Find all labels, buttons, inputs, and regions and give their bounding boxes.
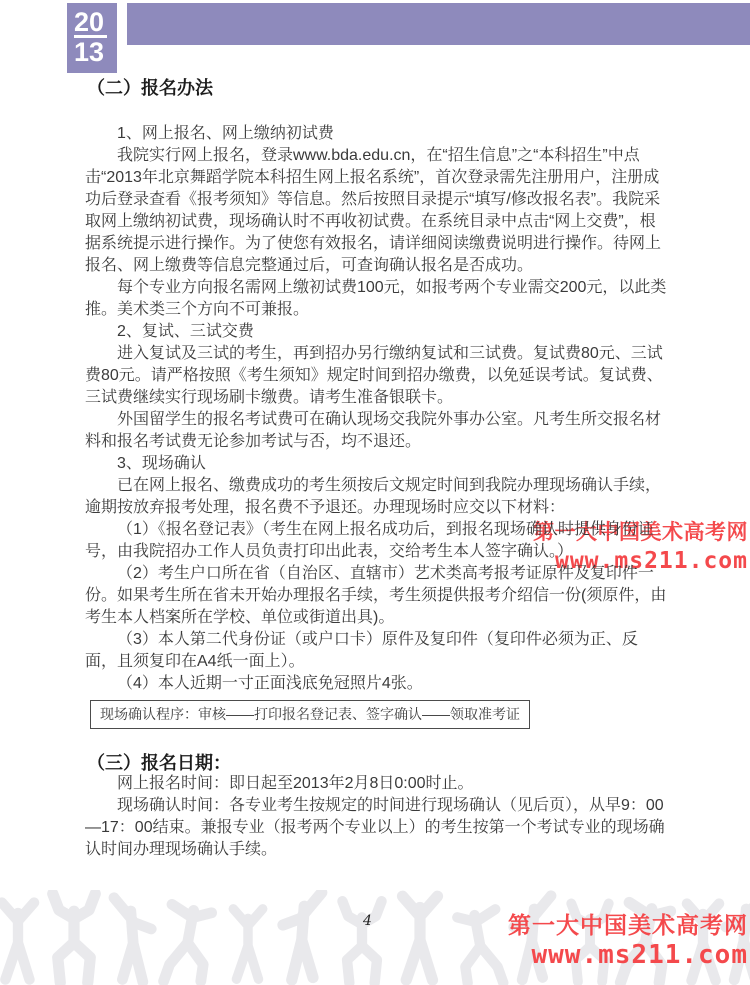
- paragraph-onsite-confirm: 已在网上报名、缴费成功的考生须按后文规定时间到我院办理现场确认手续，逾期按放弃报…: [85, 475, 667, 519]
- document-body: （二）报名办法 1、网上报名、网上缴纳初试费 我院实行网上报名，登录www.bd…: [85, 78, 667, 861]
- paragraph-material-3: （3）本人第二代身份证（或户口卡）原件及复印件（复印件必须为正、反面，且须复印在…: [85, 629, 667, 673]
- document-page: 20 13 （二）报名办法 1、网上报名、网上缴纳初试费 我院实行网上报名，登录…: [0, 0, 750, 985]
- watermark-site-url: www.ms211.com: [508, 941, 748, 971]
- watermark-bottom: 第一大中国美术高考网 www.ms211.com: [508, 912, 748, 971]
- subsection-2-title: 2、复试、三试交费: [85, 321, 667, 343]
- paragraph-material-1: （1）《报名登记表》（考生在网上报名成功后，到报名现场确认时提供身份证号，由我院…: [85, 519, 667, 563]
- subsection-3-title: 3、现场确认: [85, 453, 667, 475]
- year-2013-badge: 20 13: [67, 3, 117, 73]
- header-accent-bar: [127, 3, 750, 45]
- paragraph-retest-fee: 进入复试及三试的考生，再到招办另行缴纳复试和三试费。复试费80元、三试费80元。…: [85, 343, 667, 409]
- confirm-procedure-box: 现场确认程序：审核——打印报名登记表、签字确认——领取准考证: [90, 700, 530, 729]
- paragraph-online-registration: 我院实行网上报名，登录www.bda.edu.cn，在“招生信息”之“本科招生”…: [85, 145, 667, 277]
- badge-year-top: 20: [74, 3, 107, 38]
- subsection-1-title: 1、网上报名、网上缴纳初试费: [85, 123, 667, 145]
- section-heading-registration-date: （三）报名日期：: [87, 753, 667, 773]
- paragraph-material-2: （2）考生户口所在省（自治区、直辖市）艺术类高考报考证原件及复印件一份。如果考生…: [85, 563, 667, 629]
- paragraph-foreign-students: 外国留学生的报名考试费可在确认现场交我院外事办公室。凡考生所交报名材料和报名考试…: [85, 409, 667, 453]
- section-heading-registration-method: （二）报名办法: [87, 78, 667, 98]
- paragraph-fee-per-major: 每个专业方向报名需网上缴初试费100元，如报考两个专业需交200元，以此类推。美…: [85, 277, 667, 321]
- badge-year-bottom: 13: [74, 38, 117, 67]
- page-number: 4: [363, 913, 372, 929]
- paragraph-online-deadline: 网上报名时间：即日起至2013年2月8日0:00时止。: [85, 773, 667, 795]
- watermark-site-name: 第一大中国美术高考网: [508, 912, 748, 938]
- paragraph-material-4: （4）本人近期一寸正面浅底免冠照片4张。: [85, 673, 667, 695]
- paragraph-confirm-time: 现场确认时间：各专业考生按规定的时间进行现场确认（见后页），从早9：00—17：…: [85, 795, 667, 861]
